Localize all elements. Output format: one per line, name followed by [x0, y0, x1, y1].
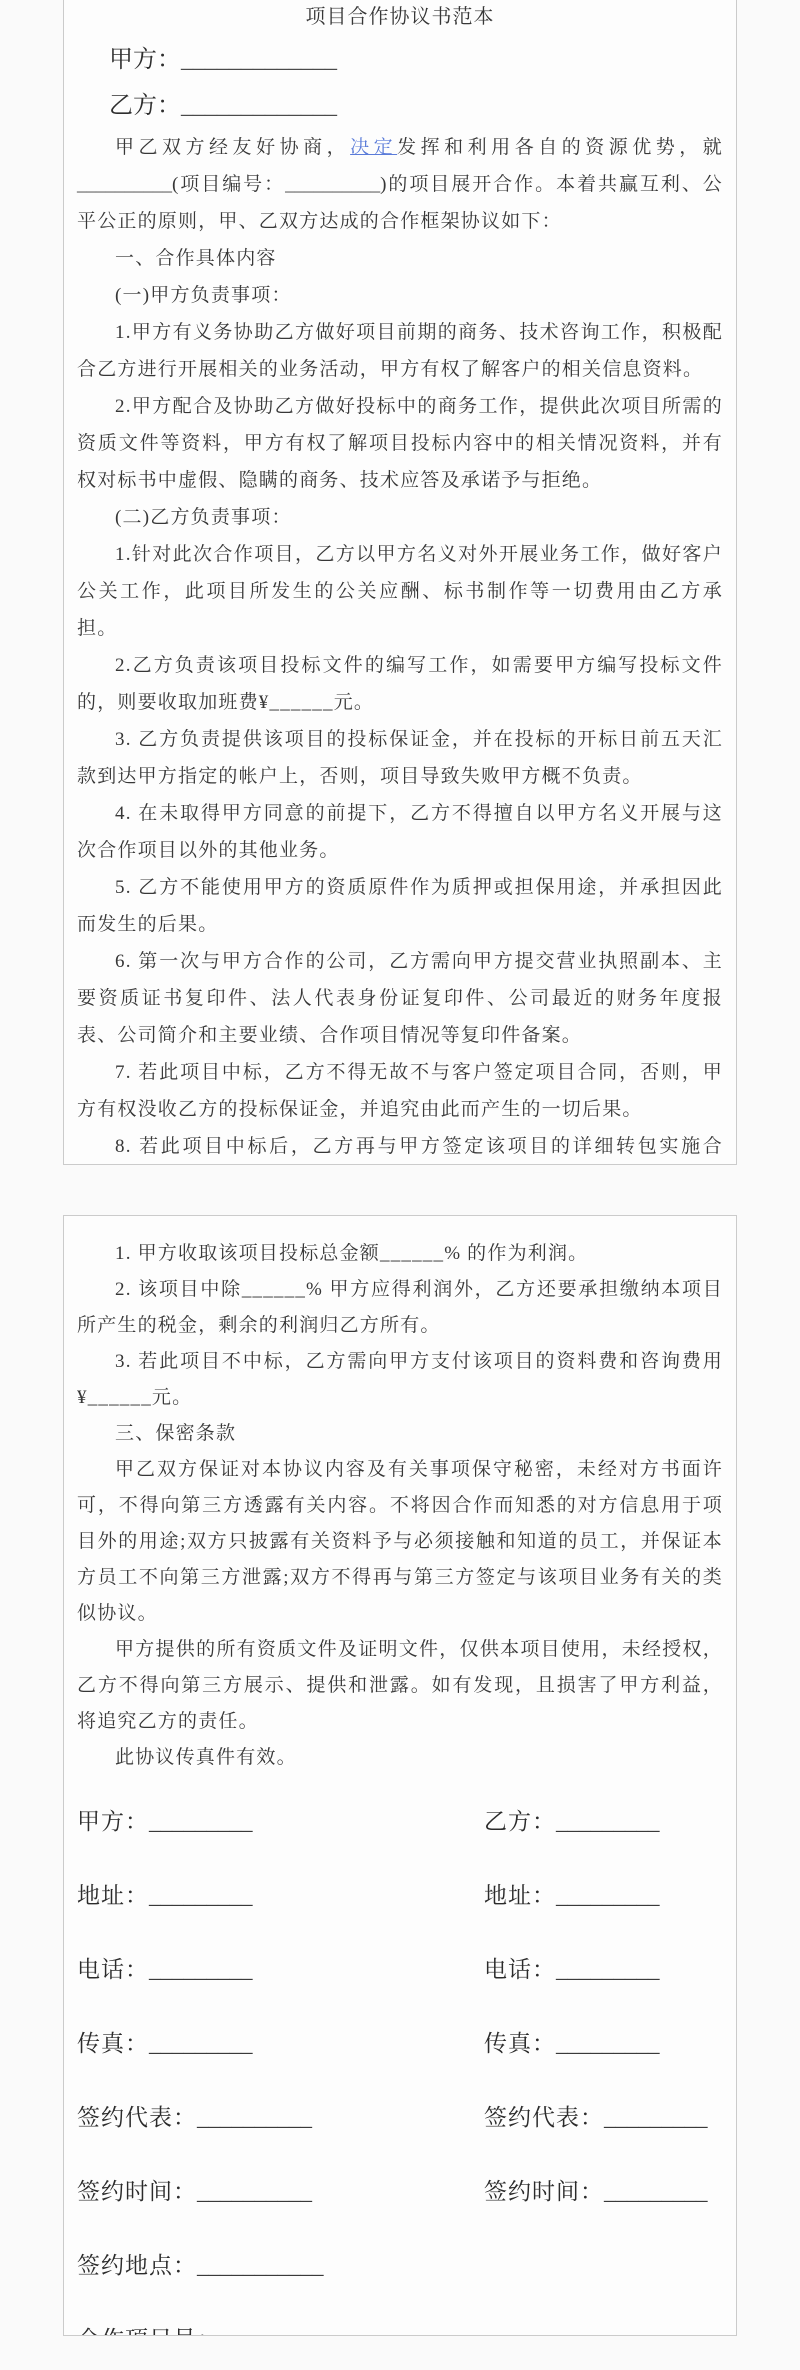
- signature-field: 地址：_________: [77, 1877, 484, 1910]
- paragraph: 1. 甲方收取该项目投标总金额______% 的作为利润。: [77, 1236, 723, 1272]
- paragraph: 2. 该项目中除______% 甲方应得利润外，乙方还要承担缴纳本项目所产生的税…: [77, 1272, 723, 1344]
- signature-blank: ___________: [197, 2253, 324, 2278]
- signature-label: 签约代表：: [77, 2105, 197, 2130]
- signature-field: 电话：_________: [484, 1951, 723, 1984]
- signature-field: 传真：_________: [77, 2025, 484, 2058]
- signature-field: 地址：_________: [484, 1877, 723, 1910]
- project-name-blank: __________: [77, 174, 172, 195]
- intro-text-pre: 甲乙双方经友好协商，: [115, 137, 350, 158]
- signature-blank: _________: [149, 1957, 253, 1982]
- signature-label: 传真：: [484, 2031, 556, 2056]
- signature-blank: _________: [604, 2179, 708, 2204]
- signature-label: 甲方：: [77, 1809, 149, 1834]
- signature-blank: __________: [197, 2105, 312, 2130]
- signature-row: 甲方：_________ 乙方：_________: [77, 1782, 723, 1856]
- signature-field: 签约地点：___________: [77, 2247, 484, 2280]
- paragraph: 甲乙双方保证对本协议内容及有关事项保守秘密，未经对方书面许可，不得向第三方透露有…: [77, 1452, 723, 1632]
- signature-label: 签约时间：: [77, 2179, 197, 2204]
- signature-label: 合作项目号：: [77, 2327, 221, 2337]
- signature-field: 电话：_________: [77, 1951, 484, 1984]
- signature-blank: _________: [149, 1809, 253, 1834]
- signature-label: 乙方：: [484, 1809, 556, 1834]
- signature-label: 电话：: [484, 1957, 556, 1982]
- signature-row: 签约时间：__________ 签约时间：_________: [77, 2152, 723, 2226]
- decide-link[interactable]: 决定: [350, 137, 397, 158]
- paragraph: 4. 在未取得甲方同意的前提下，乙方不得擅自以甲方名义开展与这次合作项目以外的其…: [77, 795, 723, 869]
- signature-field: 签约时间：__________: [77, 2173, 484, 2206]
- signature-row: 签约地点：___________: [77, 2226, 723, 2300]
- signature-field: 签约代表：__________: [77, 2099, 484, 2132]
- party-a-label: 甲方：: [109, 47, 181, 73]
- subsection-heading-party-b: (二)乙方负责事项：: [77, 499, 723, 536]
- signature-label: 传真：: [77, 2031, 149, 2056]
- paragraph: 甲方提供的所有资质文件及证明文件，仅供本项目使用，未经授权，乙方不得向第三方展示…: [77, 1632, 723, 1740]
- signature-label: 签约代表：: [484, 2105, 604, 2130]
- document-page: 项目合作协议书范本 甲方：_____________ 乙方：__________…: [0, 0, 800, 2370]
- signature-blank: _________: [556, 1957, 660, 1982]
- signature-field: 甲方：_________: [77, 1803, 484, 1836]
- paragraph: 3. 若此项目不中标，乙方需向甲方支付该项目的资料费和咨询费用¥______元。: [77, 1344, 723, 1416]
- signature-field: 传真：_________: [484, 2025, 723, 2058]
- intro-text-mid1: 发挥和利用各自的资源优势，就: [397, 137, 723, 158]
- party-b-blank: _____________: [181, 93, 337, 119]
- signature-row: 合作项目号：___________: [77, 2300, 723, 2336]
- subsection-heading-party-a: (一)甲方负责事项：: [77, 277, 723, 314]
- signature-blank: ___________: [221, 2327, 348, 2337]
- signature-field: 签约时间：_________: [484, 2173, 723, 2206]
- paragraph: 8. 若此项目中标后，乙方再与甲方签定该项目的详细转包实施合同。: [77, 1128, 723, 1165]
- signature-row: 电话：_________ 电话：_________: [77, 1930, 723, 2004]
- paragraph: 2.甲方配合及协助乙方做好投标中的商务工作，提供此次项目所需的资质文件等资料，甲…: [77, 388, 723, 499]
- signature-field: 乙方：_________: [484, 1803, 723, 1836]
- project-number-blank: __________: [285, 174, 380, 195]
- paragraph: 6. 第一次与甲方合作的公司，乙方需向甲方提交营业执照副本、主要资质证书复印件、…: [77, 943, 723, 1054]
- paragraph: 3. 乙方负责提供该项目的投标保证金，并在投标的开标日前五天汇款到达甲方指定的帐…: [77, 721, 723, 795]
- signature-label: 电话：: [77, 1957, 149, 1982]
- paragraph: 1.甲方有义务协助乙方做好项目前期的商务、技术咨询工作，积极配合乙方进行开展相关…: [77, 314, 723, 388]
- signature-blank: _________: [149, 1883, 253, 1908]
- signature-blank: _________: [556, 2031, 660, 2056]
- signature-block: 甲方：_________ 乙方：_________ 地址：_________ 地…: [77, 1782, 723, 2336]
- signature-blank: _________: [556, 1809, 660, 1834]
- intro-paragraph: 甲乙双方经友好协商，决定发挥和利用各自的资源优势，就__________(项目编…: [77, 129, 723, 240]
- signature-blank: _________: [149, 2031, 253, 2056]
- party-b-label: 乙方：: [109, 93, 181, 119]
- intro-text-mid2: (项目编号：: [172, 174, 285, 195]
- signature-blank: __________: [197, 2179, 312, 2204]
- paragraph: 5. 乙方不能使用甲方的资质原件作为质押或担保用途，并承担因此而发生的后果。: [77, 869, 723, 943]
- signature-field: 合作项目号：___________: [77, 2321, 484, 2337]
- signature-label: 签约时间：: [484, 2179, 604, 2204]
- signature-row: 传真：_________ 传真：_________: [77, 2004, 723, 2078]
- section-heading-1: 一、合作具体内容: [77, 240, 723, 277]
- signature-field: 签约代表：_________: [484, 2099, 723, 2132]
- paragraph: 1.针对此次合作项目，乙方以甲方名义对外开展业务工作，做好客户公关工作，此项目所…: [77, 536, 723, 647]
- party-b-line: 乙方：_____________: [77, 83, 723, 129]
- paragraph: 2.乙方负责该项目投标文件的编写工作，如需要甲方编写投标文件的，则要收取加班费¥…: [77, 647, 723, 721]
- signature-label: 地址：: [484, 1883, 556, 1908]
- paragraph: 7. 若此项目中标，乙方不得无故不与客户签定项目合同，否则，甲方有权没收乙方的投…: [77, 1054, 723, 1128]
- signature-row: 地址：_________ 地址：_________: [77, 1856, 723, 1930]
- signature-blank: _________: [604, 2105, 708, 2130]
- party-a-line: 甲方：_____________: [77, 37, 723, 83]
- document-title: 项目合作协议书范本: [77, 0, 723, 37]
- signature-label: 签约地点：: [77, 2253, 197, 2278]
- agreement-box-secondary: 1. 甲方收取该项目投标总金额______% 的作为利润。 2. 该项目中除__…: [63, 1215, 737, 2336]
- signature-label: 地址：: [77, 1883, 149, 1908]
- party-a-blank: _____________: [181, 47, 337, 73]
- signature-row: 签约代表：__________ 签约代表：_________: [77, 2078, 723, 2152]
- paragraph: 此协议传真件有效。: [77, 1740, 723, 1776]
- signature-blank: _________: [556, 1883, 660, 1908]
- section-heading-3: 三、保密条款: [77, 1416, 723, 1452]
- agreement-box-main: 项目合作协议书范本 甲方：_____________ 乙方：__________…: [63, 0, 737, 1165]
